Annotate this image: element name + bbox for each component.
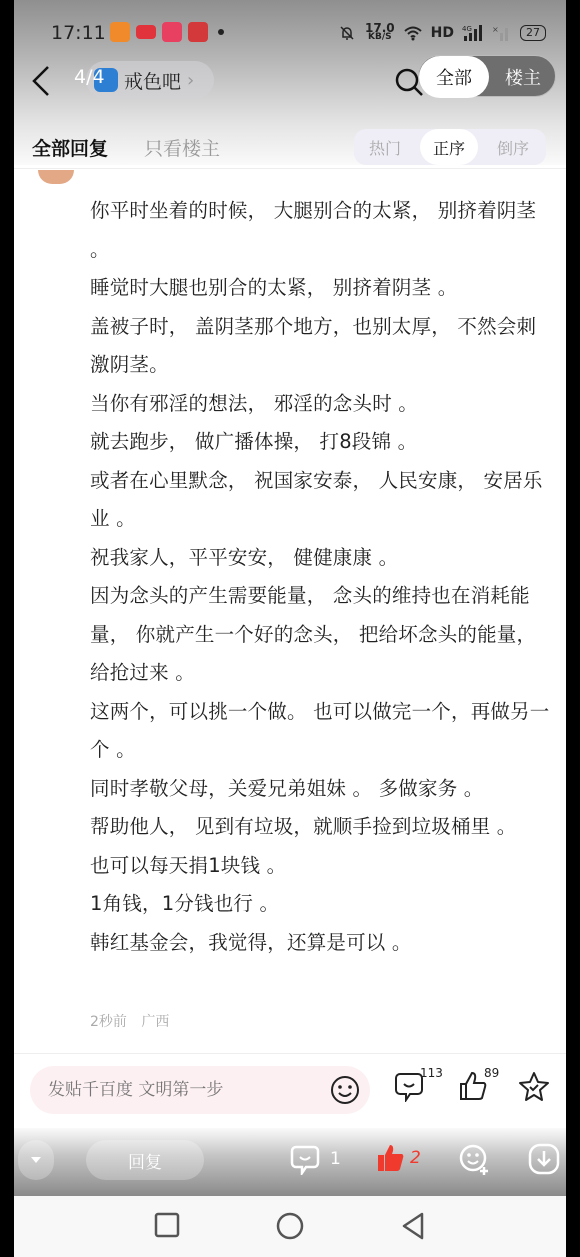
app-notification-icon	[188, 22, 208, 42]
floor-like-button[interactable]: 2	[376, 1143, 421, 1173]
floor-comment-count: 1	[330, 1149, 341, 1169]
download-icon	[528, 1143, 560, 1175]
post-location: 广西	[141, 1014, 169, 1030]
filter-op-button[interactable]: 楼主	[491, 56, 555, 98]
smiley-icon	[330, 1075, 360, 1105]
app-notification-icon	[110, 22, 130, 42]
post-line: 同时孝敬父母，关爱兄弟姐妹 。 多做家务 。	[90, 770, 552, 809]
clock: 17:11	[51, 22, 106, 44]
post-line: 睡觉时大腿也别合的太紧， 别挤着阴茎 。	[90, 269, 552, 308]
floor-comment-button[interactable]: 1	[290, 1143, 341, 1175]
floor-like-count: 2	[410, 1148, 421, 1168]
like-count: 89	[484, 1066, 499, 1080]
floor-download-button[interactable]	[528, 1143, 560, 1175]
system-icons: 17.0KB/S HD 4G × 27	[337, 24, 546, 42]
add-emoji-icon	[458, 1143, 492, 1177]
sort-descending[interactable]: 倒序	[484, 129, 542, 165]
post-line: 韩红基金会，我觉得，还算是可以 。	[90, 924, 552, 963]
network-speed: 17.0KB/S	[365, 24, 395, 42]
tab-all-replies[interactable]: 全部回复	[32, 134, 108, 161]
mute-bell-icon	[337, 25, 357, 41]
top-navigation: 戒色吧 › 4/4 全部 楼主	[14, 55, 566, 105]
sort-ascending[interactable]: 正序	[420, 129, 478, 165]
system-back-button[interactable]	[400, 1212, 426, 1244]
signal-4g-icon: 4G	[462, 24, 484, 42]
avatar[interactable]	[38, 170, 74, 184]
post-line: 这两个，可以挑一个做。 也可以做完一个，再做另一个 。	[90, 693, 552, 770]
post-meta: 2秒前 广西	[90, 1011, 179, 1031]
back-button[interactable]	[28, 63, 58, 99]
reply-tabs: 全部回复 只看楼主 热门 正序 倒序	[14, 128, 566, 168]
signal-no-sim-icon: ×	[492, 24, 512, 42]
app-notification-icon	[136, 25, 156, 39]
reply-button[interactable]: 回复	[86, 1140, 204, 1180]
post-time: 2秒前	[90, 1014, 127, 1030]
notification-icons	[110, 22, 224, 42]
sort-selector: 热门 正序 倒序	[354, 129, 546, 165]
post-line: 你平时坐着的时候， 大腿别合的太紧， 别挤着阴茎 。	[90, 192, 552, 269]
chevron-right-icon: ›	[187, 70, 194, 91]
status-bar: 17:11 17.0KB/S HD 4G × 27	[14, 18, 566, 48]
thumbs-up-filled-icon	[376, 1143, 406, 1173]
filter-all-button[interactable]: 全部	[419, 56, 489, 98]
post-content: 你平时坐着的时候， 大腿别合的太紧， 别挤着阴茎 。 睡觉时大腿也别合的太紧， …	[90, 192, 552, 962]
floor-react-button[interactable]	[458, 1143, 492, 1177]
hd-indicator: HD	[431, 25, 454, 41]
home-button[interactable]	[276, 1212, 304, 1244]
circle-icon	[276, 1212, 304, 1240]
favorite-button[interactable]	[518, 1070, 550, 1106]
chevron-left-icon	[28, 63, 58, 99]
filter-segmented-control: 全部 楼主	[418, 55, 556, 97]
app-screen: 17:11 17.0KB/S HD 4G × 27 戒色吧 › 4/4	[14, 0, 566, 1257]
wifi-icon	[403, 25, 423, 41]
collapse-button[interactable]	[18, 1140, 54, 1180]
emoji-button[interactable]	[330, 1075, 360, 1109]
sort-hot[interactable]: 热门	[356, 129, 414, 165]
svg-text:4G: 4G	[462, 25, 472, 33]
post-line: 祝我家人，平平安安， 健健康康 。	[90, 539, 552, 578]
more-notifications-dot	[218, 29, 224, 35]
comments-button[interactable]: 113	[394, 1070, 424, 1106]
battery-indicator: 27	[520, 25, 546, 41]
post-line: 也可以每天捐1块钱 。	[90, 847, 552, 886]
svg-text:×: ×	[492, 25, 499, 34]
post-line: 因为念头的产生需要能量， 念头的维持也在消耗能量， 你就产生一个好的念头， 把给…	[90, 577, 552, 693]
comment-count: 113	[420, 1066, 443, 1080]
comment-composer	[30, 1066, 370, 1114]
triangle-back-icon	[400, 1212, 426, 1240]
image-page-indicator: 4/4	[74, 66, 105, 88]
divider	[14, 1053, 566, 1054]
comment-icon	[290, 1143, 320, 1175]
square-icon	[154, 1212, 180, 1238]
post-line: 盖被子时， 盖阴茎那个地方，也别太厚， 不然会刺激阴茎。	[90, 308, 552, 385]
tab-only-op[interactable]: 只看楼主	[144, 134, 220, 161]
system-navigation-bar	[14, 1196, 566, 1257]
post-line: 1角钱，1分钱也行 。	[90, 885, 552, 924]
recents-button[interactable]	[154, 1212, 180, 1242]
post-line: 当你有邪淫的想法， 邪淫的念头时 。	[90, 385, 552, 424]
forum-link[interactable]: 戒色吧 ›	[86, 61, 214, 99]
caret-down-icon	[30, 1156, 42, 1164]
like-button[interactable]: 89	[458, 1070, 488, 1106]
app-notification-icon	[162, 22, 182, 42]
post-line: 就去跑步， 做广播体操， 打8段锦 。	[90, 423, 552, 462]
post-line: 或者在心里默念， 祝国家安泰， 人民安康， 安居乐业 。	[90, 462, 552, 539]
comment-input[interactable]	[48, 1066, 308, 1114]
star-icon	[518, 1070, 550, 1102]
divider	[14, 168, 566, 169]
post-line: 帮助他人， 见到有垃圾，就顺手捡到垃圾桶里 。	[90, 808, 552, 847]
forum-name: 戒色吧	[124, 67, 181, 94]
floor-action-bar: 回复 1 2	[14, 1128, 566, 1196]
